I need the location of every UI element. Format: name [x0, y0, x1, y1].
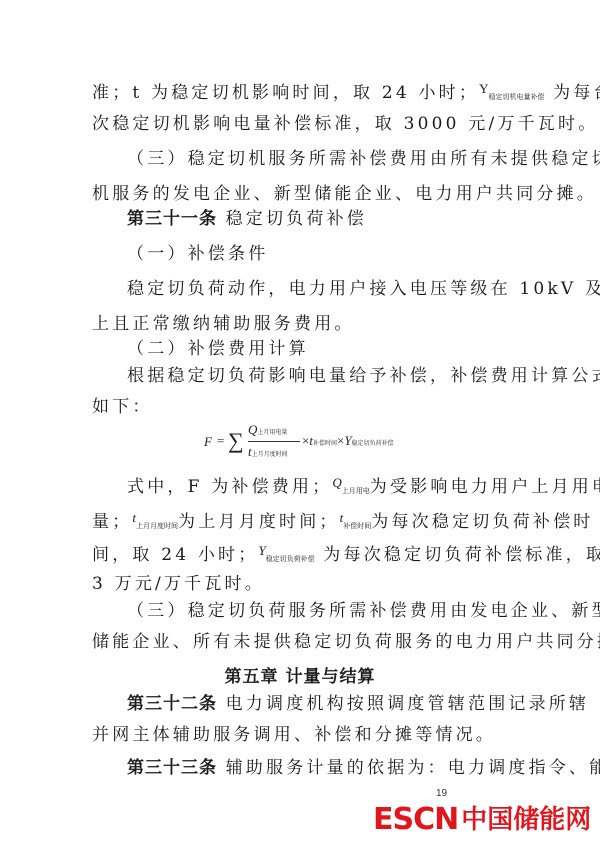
- article-title: 稳定切负荷补偿: [217, 209, 367, 229]
- paragraph-line: 量；t上月月度时间为上月月度时间；t补偿时间为每次稳定切负荷补偿时: [92, 507, 510, 537]
- paragraph-line: 式中，F 为补偿费用；Q上月用电为受影响电力用户上月用电: [127, 472, 510, 502]
- formula-rest: ×t补偿时间×Y稳定切负荷补偿: [302, 433, 394, 449]
- section-heading: （二）补偿费用计算: [127, 338, 510, 360]
- text: 为每台: [544, 83, 600, 103]
- var-subscript: 稳定切负荷补偿: [266, 555, 315, 563]
- var-subscript: 稳定切负荷补偿: [352, 441, 394, 447]
- text: 为每次稳定切负荷补偿时: [371, 512, 593, 532]
- paragraph-line: （三）稳定切机服务所需补偿费用由所有未提供稳定切: [127, 148, 510, 170]
- text: 量；: [92, 512, 132, 532]
- paragraph-line: 根据稳定切负荷影响电量给予补偿，补偿费用计算公式: [127, 365, 510, 387]
- article-paragraph: 第三十二条 电力调度机构按照调度管辖范围记录所辖: [127, 693, 510, 715]
- var-subscript: 补偿时间: [313, 441, 337, 447]
- text: 为上月月度时间；: [178, 512, 340, 532]
- paragraph-line: 准；t 为稳定切机影响时间，取 24 小时；Y稳定切机电量补偿 为每台: [92, 78, 510, 108]
- fraction-bar: [248, 441, 300, 442]
- var-q: Q: [248, 422, 257, 437]
- text: 准；t 为稳定切机影响时间，取 24 小时；: [92, 83, 479, 103]
- formula-equals: =: [217, 433, 224, 449]
- var-subscript: 上月月度时间: [136, 522, 178, 530]
- section-heading: （一）补偿条件: [127, 243, 510, 265]
- text: 为受影响电力用户上月用电: [370, 477, 600, 497]
- logo-text-en: ESCN: [373, 803, 458, 837]
- text: 式中，F 为补偿费用；: [127, 477, 332, 497]
- paragraph-line: 3 万元/万千瓦时。: [92, 573, 510, 595]
- formula-numerator: Q上月用电量: [248, 422, 287, 438]
- var-subscript: 上月用电量: [257, 430, 287, 436]
- var-subscript: 补偿时间: [343, 522, 371, 530]
- paragraph-line: （三）稳定切负荷服务所需补偿费用由发电企业、新型: [127, 600, 510, 622]
- article-number: 第三十二条: [127, 694, 217, 714]
- text: 为每次稳定切负荷补偿标准，取: [315, 545, 600, 565]
- paragraph-line: 储能企业、所有未提供稳定切负荷服务的电力用户共同分摊。: [92, 631, 510, 653]
- paragraph-line: 稳定切负荷动作，电力用户接入电压等级在 10kV 及以: [127, 278, 510, 300]
- paragraph-line: 上且正常缴纳辅助服务费用。: [92, 313, 510, 335]
- paragraph-line: 如下：: [92, 396, 510, 418]
- var-q: Q: [332, 475, 341, 490]
- var-subscript: 稳定切机电量补偿: [488, 93, 544, 101]
- article-text: 辅助服务计量的依据为：电力调度指令、能: [217, 758, 600, 778]
- article-number: 第三十一条: [127, 209, 217, 229]
- var-y: Y: [258, 543, 265, 558]
- article-number: 第三十三条: [127, 758, 217, 778]
- article-text: 电力调度机构按照调度管辖范围记录所辖: [217, 694, 589, 714]
- paragraph-line: 机服务的发电企业、新型储能企业、电力用户共同分摊。: [92, 183, 510, 205]
- text: 间，取 24 小时；: [92, 545, 258, 565]
- formula-denominator: t上月月度时间: [248, 444, 288, 460]
- paragraph-line: 次稳定切机影响电量补偿标准，取 3000 元/万千瓦时。: [92, 113, 510, 135]
- formula-lhs: F: [204, 434, 212, 450]
- paragraph-line: 并网主体辅助服务调用、补偿和分摊等情况。: [92, 724, 510, 746]
- page-number: 19: [436, 788, 447, 799]
- sum-symbol: ∑: [228, 428, 244, 454]
- var-y: Y: [344, 433, 351, 448]
- compensation-formula: F = ∑ Q上月用电量 t上月月度时间 ×t补偿时间×Y稳定切负荷补偿: [204, 424, 424, 460]
- logo-text-cn: 中国储能网: [461, 803, 591, 837]
- chapter-title: 第五章 计量与结算: [0, 662, 600, 687]
- var-subscript: 上月月度时间: [252, 452, 288, 458]
- var-subscript: 上月用电: [342, 487, 370, 495]
- paragraph-line: 间，取 24 小时；Y稳定切负荷补偿 为每次稳定切负荷补偿标准，取: [92, 540, 510, 570]
- article-paragraph: 第三十三条 辅助服务计量的依据为：电力调度指令、能: [127, 757, 510, 779]
- article-heading: 第三十一条 稳定切负荷补偿: [127, 208, 510, 230]
- escn-watermark-logo: ESCN 中国储能网: [373, 803, 591, 837]
